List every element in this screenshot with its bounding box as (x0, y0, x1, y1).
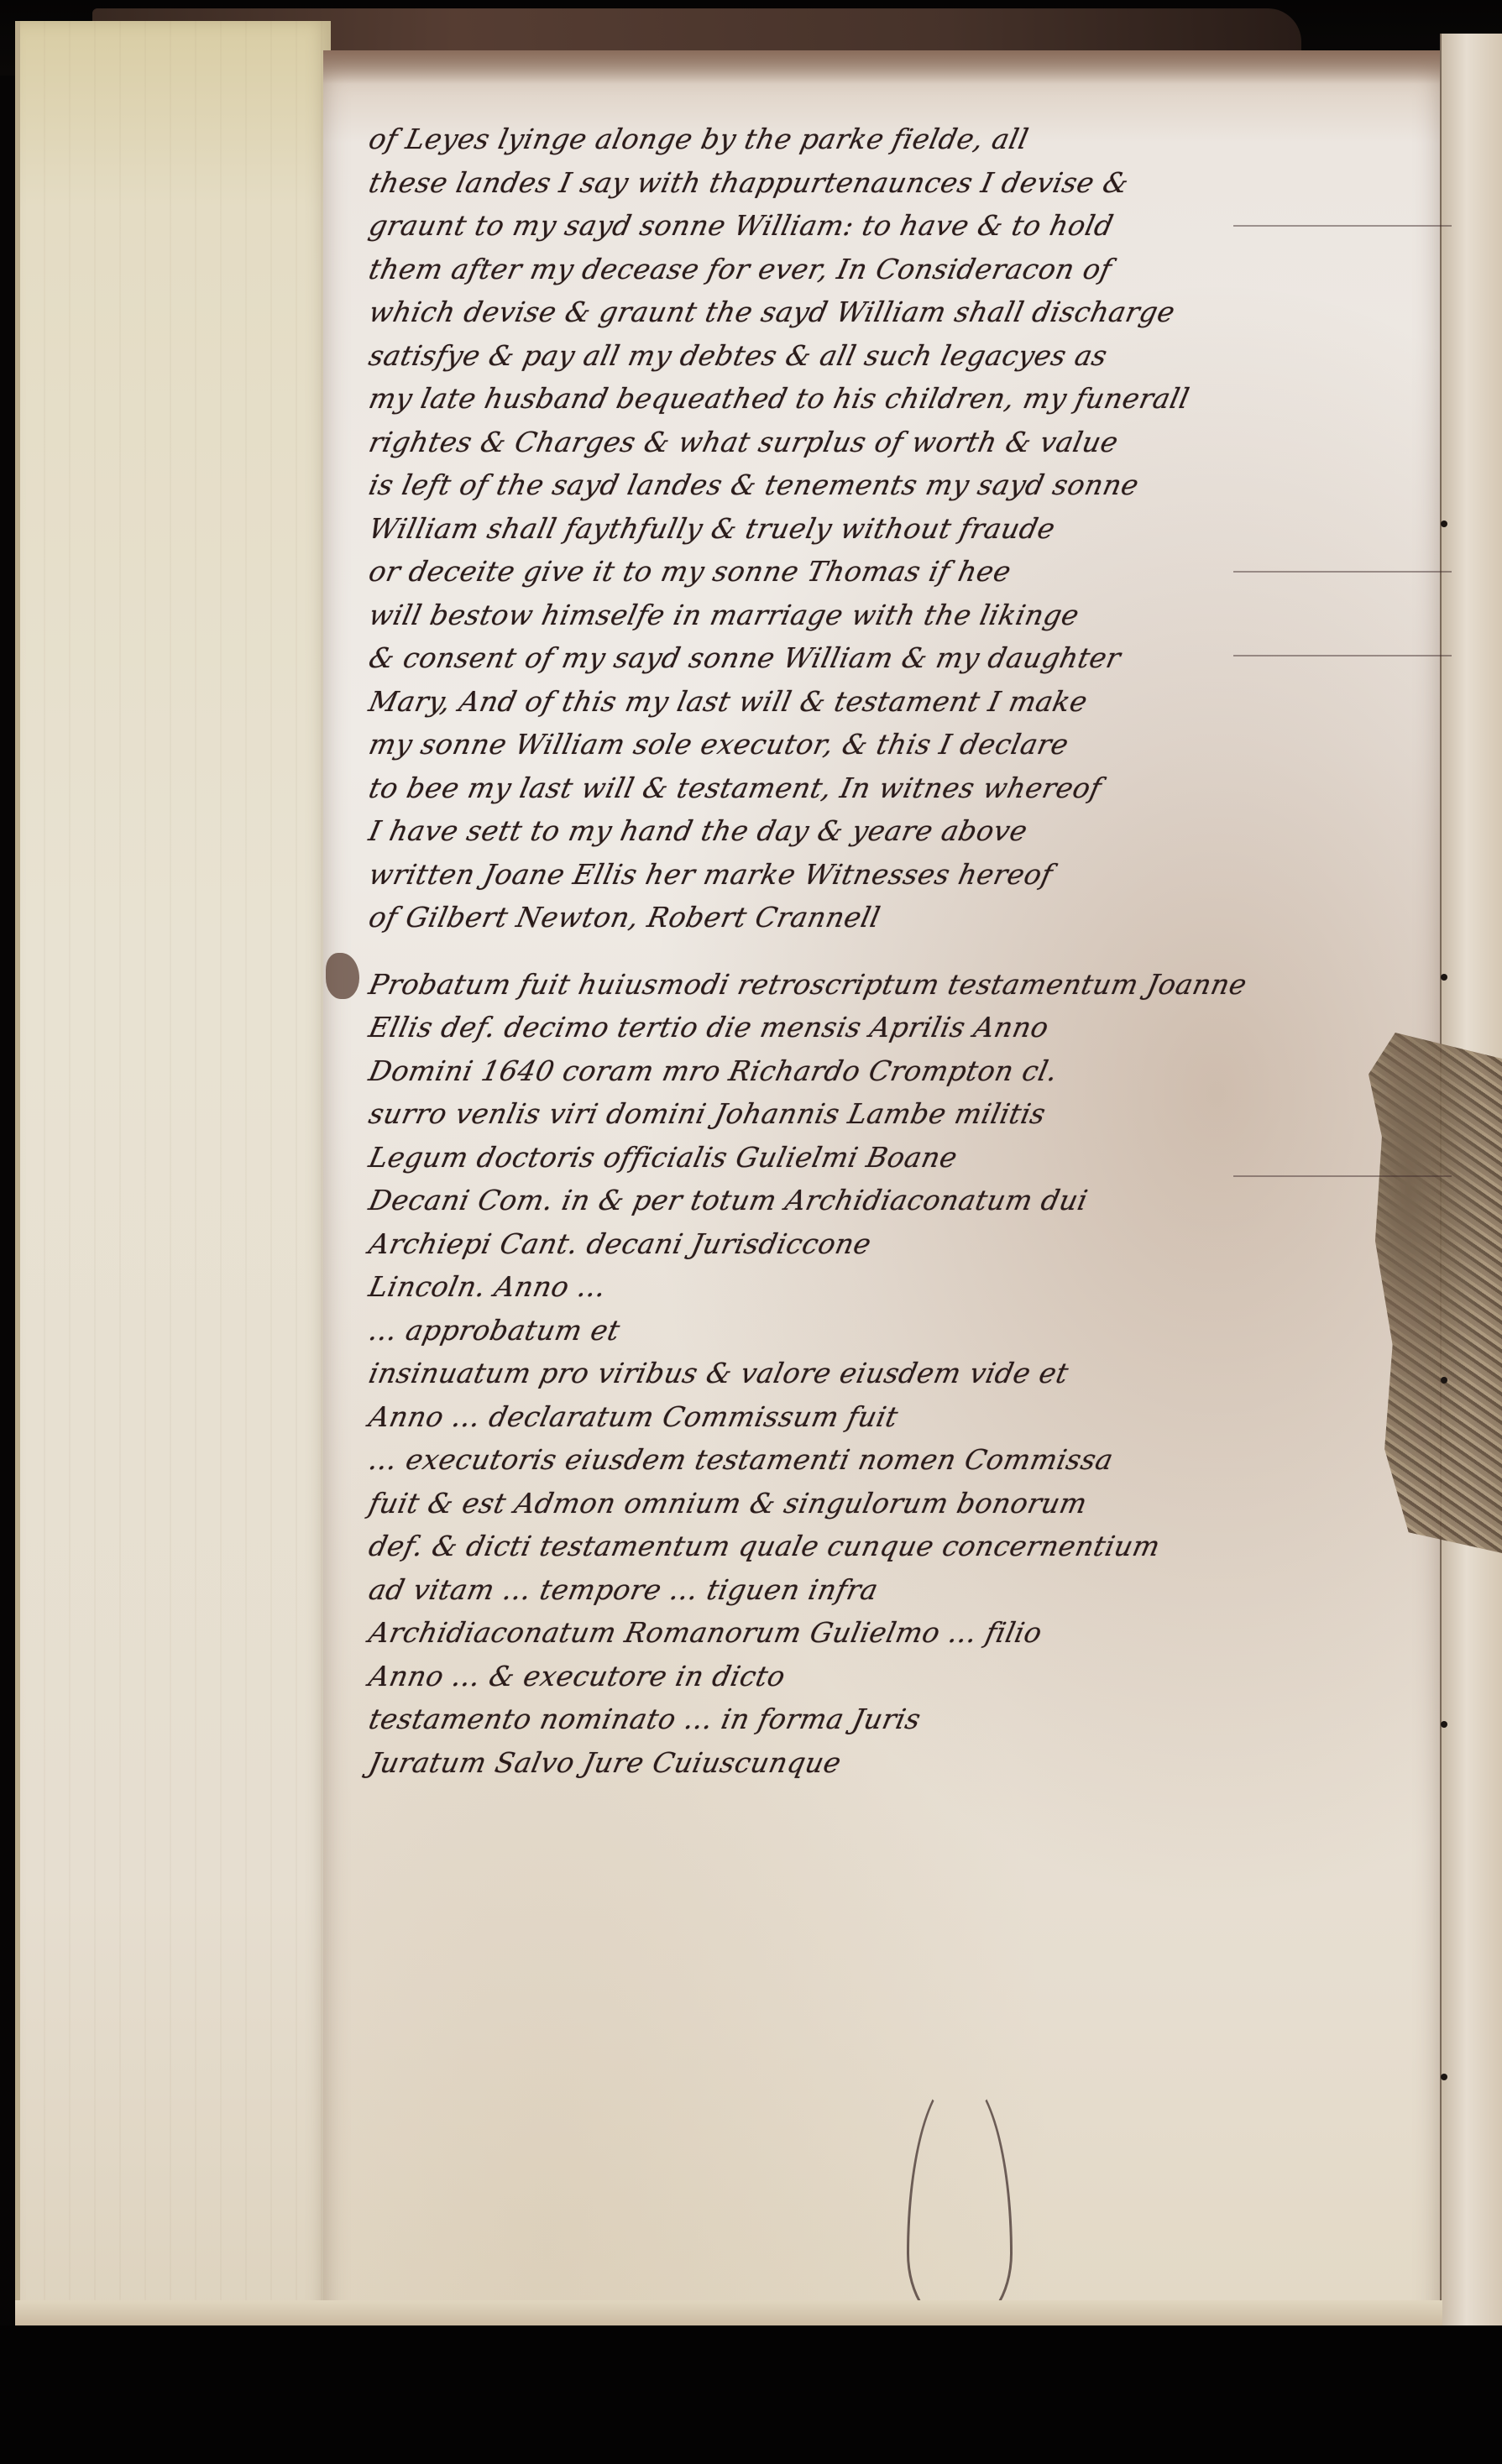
will-line: my sonne William sole executor, & this I… (365, 723, 1432, 766)
probate-line: ... executoris eiusdem testamenti nomen … (365, 1438, 1432, 1482)
binding-stitch (1441, 521, 1447, 527)
will-line: I have sett to my hand the day & yeare a… (365, 809, 1432, 853)
line-filler-stroke (1233, 571, 1452, 573)
probate-line: Archiepi Cant. decani Jurisdiccone (365, 1222, 1432, 1266)
binding-stitch (1441, 2074, 1447, 2080)
binding-stitch (1441, 974, 1447, 981)
will-line: Mary, And of this my last will & testame… (365, 680, 1432, 724)
will-line: which devise & graunt the sayd William s… (365, 290, 1432, 334)
probate-line: insinuatum pro viribus & valore eiusdem … (365, 1352, 1432, 1395)
probate-line: Anno ... & executore in dicto (365, 1655, 1432, 1698)
probate-line: Decani Com. in & per totum Archidiaconat… (365, 1179, 1432, 1222)
will-line: William shall faythfully & truely withou… (365, 507, 1432, 551)
will-line: is left of the sayd landes & tenements m… (365, 463, 1432, 507)
binding-stitch (1441, 1721, 1447, 1728)
probate-line: Archidiaconatum Romanorum Gulielmo ... f… (365, 1611, 1432, 1655)
probate-line: ad vitam ... tempore ... tiguen infra (365, 1568, 1432, 1612)
probate-line: Ellis def. decimo tertio die mensis Apri… (365, 1006, 1432, 1049)
will-line: satisfye & pay all my debtes & all such … (365, 334, 1432, 378)
will-line: will bestow himselfe in marriage with th… (365, 594, 1432, 637)
probate-line: Probatum fuit huiusmodi retroscriptum te… (365, 963, 1432, 1007)
probate-line: ... approbatum et (365, 1309, 1432, 1352)
probate-line: def. & dicti testamentum quale cunque co… (365, 1525, 1432, 1568)
probate-line: Domini 1640 coram mro Richardo Crompton … (365, 1049, 1432, 1093)
will-line: my late husband bequeathed to his childr… (365, 377, 1432, 421)
handwritten-text: of Leyes lyinge alonge by the parke fiel… (369, 118, 1427, 1784)
will-line: of Leyes lyinge alonge by the parke fiel… (365, 118, 1432, 161)
probate-line: surro venlis viri domini Johannis Lambe … (365, 1092, 1432, 1136)
line-filler-stroke (1233, 655, 1452, 657)
will-line: rightes & Charges & what surplus of wort… (365, 421, 1432, 464)
line-filler-stroke (1233, 225, 1452, 227)
fold-texture (20, 21, 331, 2355)
background-bottom (0, 2325, 1502, 2464)
probate-line: Lincoln. Anno ... (365, 1265, 1432, 1309)
will-line: written Joane Ellis her marke Witnesses … (365, 853, 1432, 897)
page-top-stain (323, 50, 1440, 84)
probate-line: Juratum Salvo Jure Cuiuscunque (365, 1741, 1432, 1785)
left-folded-strip (15, 21, 331, 2355)
probate-line: testamento nominato ... in forma Juris (365, 1698, 1432, 1741)
will-line: & consent of my sayd sonne William & my … (365, 636, 1432, 680)
probate-line: Legum doctoris officialis Gulielmi Boane (365, 1136, 1432, 1180)
witness-line: of Gilbert Newton, Robert Crannell (365, 896, 1432, 939)
will-line: these landes I say with thappurtenaunces… (365, 161, 1432, 205)
probate-line: fuit & est Admon omnium & singulorum bon… (365, 1482, 1432, 1525)
will-line: them after my decease for ever, In Consi… (365, 248, 1432, 291)
line-filler-stroke (1233, 1175, 1452, 1177)
probate-line: Anno ... declaratum Commissum fuit (365, 1395, 1432, 1439)
binding-stitch (1441, 1377, 1447, 1384)
will-line: to bee my last will & testament, In witn… (365, 766, 1432, 810)
